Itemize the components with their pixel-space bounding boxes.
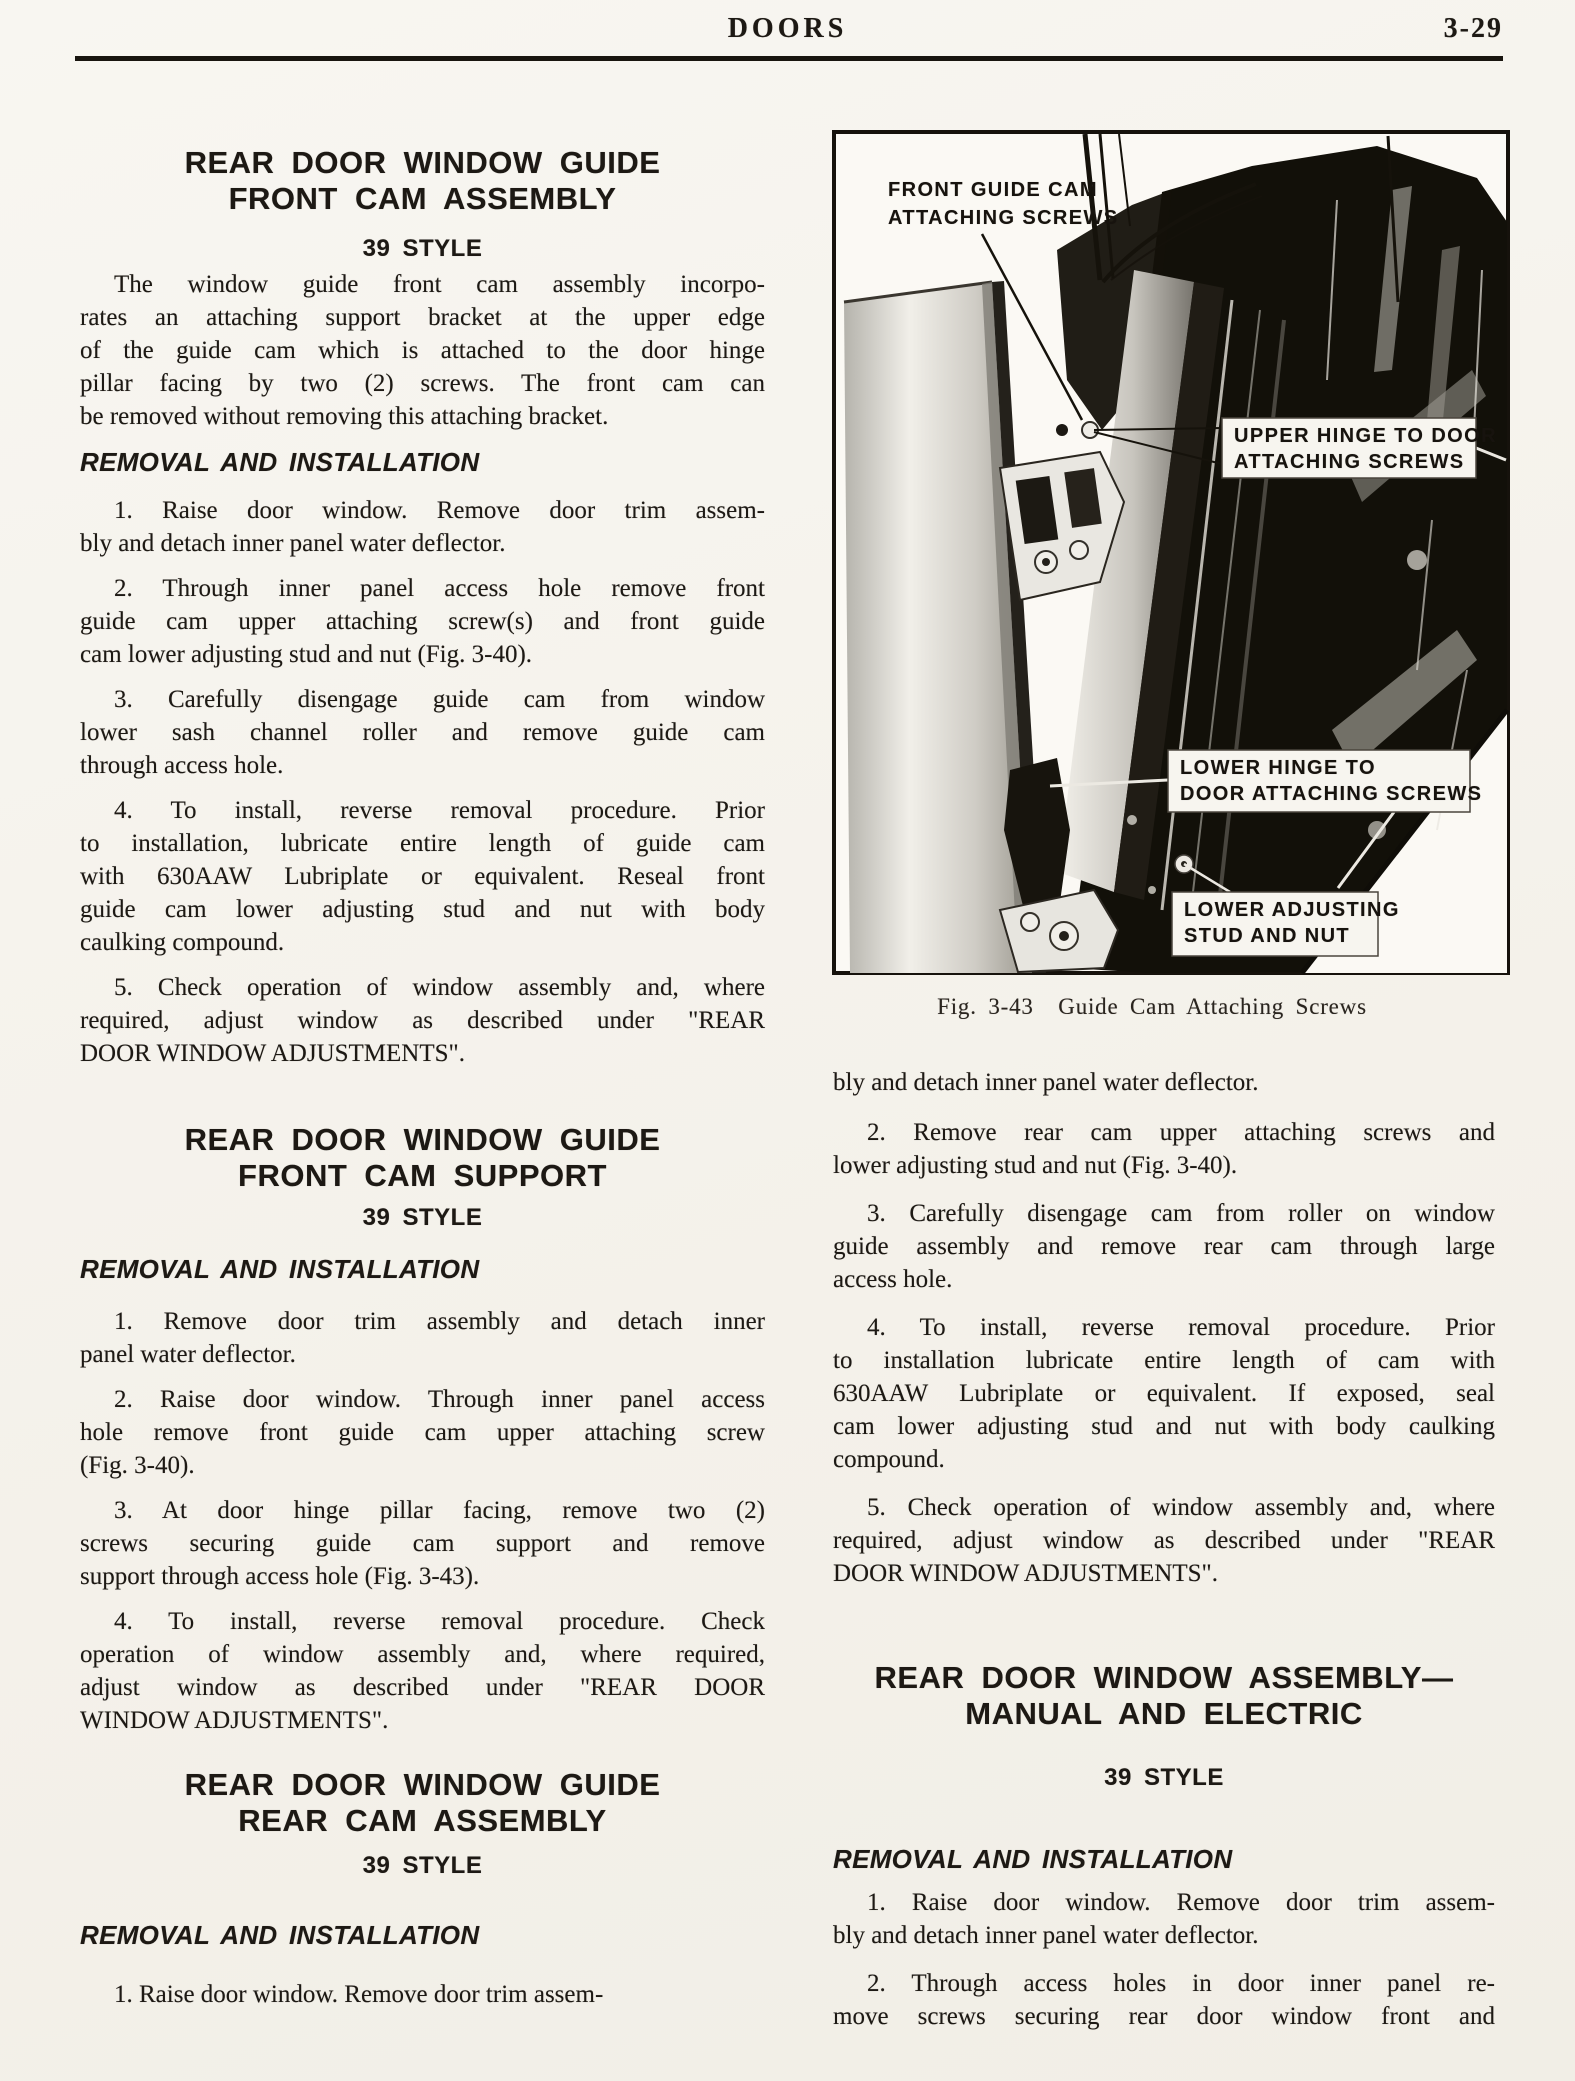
lower-hinge-label-line2: DOOR ATTACHING SCREWS bbox=[1180, 783, 1482, 805]
page-number: 3-29 bbox=[1444, 13, 1503, 45]
procedure-step: 1. Raise door window. Remove door trim a… bbox=[833, 1886, 1495, 1952]
style-subheading: 39 STYLE bbox=[80, 236, 765, 262]
procedure-step: 3. Carefully disengage cam from roller o… bbox=[833, 1197, 1495, 1296]
figure-photo: FRONT GUIDE CAM ATTACHING SCREWS UPPER H… bbox=[832, 130, 1510, 975]
style-subheading: 39 STYLE bbox=[833, 1765, 1495, 1791]
right-column: bly and detach inner panel water deflect… bbox=[833, 1066, 1495, 2033]
procedure-step: 1. Raise door window. Remove door trim a… bbox=[80, 1978, 765, 2011]
figure-3-43: FRONT GUIDE CAM ATTACHING SCREWS UPPER H… bbox=[832, 130, 1510, 975]
section-heading-line2: FRONT CAM ASSEMBLY bbox=[80, 181, 765, 217]
figure-caption: Fig. 3-43 Guide Cam Attaching Screws bbox=[832, 994, 1472, 1020]
procedure-step: 3. At door hinge pillar facing, remove t… bbox=[80, 1494, 765, 1593]
section-heading-line2: FRONT CAM SUPPORT bbox=[80, 1158, 765, 1194]
procedure-step: 4. To install, reverse removal procedure… bbox=[80, 794, 765, 959]
section-heading-window-assembly: REAR DOOR WINDOW ASSEMBLY— MANUAL AND EL… bbox=[833, 1660, 1495, 1732]
procedure-step: 2. Through inner panel access hole remov… bbox=[80, 572, 765, 671]
procedure-step: 2. Through access holes in door inner pa… bbox=[833, 1967, 1495, 2033]
procedure-heading: REMOVAL AND INSTALLATION bbox=[80, 1255, 765, 1283]
continuation-paragraph: bly and detach inner panel water deflect… bbox=[833, 1066, 1495, 1099]
upper-hinge-label-line1: UPPER HINGE TO DOOR bbox=[1234, 425, 1497, 447]
procedure-step: 5. Check operation of window assembly an… bbox=[833, 1491, 1495, 1590]
lower-adjusting-label-line1: LOWER ADJUSTING bbox=[1184, 899, 1400, 921]
style-subheading: 39 STYLE bbox=[80, 1853, 765, 1879]
style-subheading: 39 STYLE bbox=[80, 1205, 765, 1231]
section-heading-rear-cam-assembly: REAR DOOR WINDOW GUIDE REAR CAM ASSEMBLY bbox=[80, 1767, 765, 1839]
procedure-step: 2. Remove rear cam upper attaching screw… bbox=[833, 1116, 1495, 1182]
procedure-step: 2. Raise door window. Through inner pane… bbox=[80, 1383, 765, 1482]
intro-paragraph: The window guide front cam assembly inco… bbox=[80, 268, 765, 433]
front-guide-cam-label-line2: ATTACHING SCREWS bbox=[888, 207, 1119, 229]
procedure-step: 1. Raise door window. Remove door trim a… bbox=[80, 494, 765, 560]
upper-hinge-label-line2: ATTACHING SCREWS bbox=[1234, 451, 1465, 473]
page-header-title: DOORS bbox=[0, 13, 1575, 45]
section-heading-front-cam-assembly: REAR DOOR WINDOW GUIDE FRONT CAM ASSEMBL… bbox=[80, 145, 765, 217]
procedure-step: 5. Check operation of window assembly an… bbox=[80, 971, 765, 1070]
lower-hinge-label-line1: LOWER HINGE TO bbox=[1180, 757, 1376, 779]
procedure-heading: REMOVAL AND INSTALLATION bbox=[833, 1845, 1495, 1873]
section-heading-front-cam-support: REAR DOOR WINDOW GUIDE FRONT CAM SUPPORT bbox=[80, 1122, 765, 1194]
procedure-step: 3. Carefully disengage guide cam from wi… bbox=[80, 683, 765, 782]
header-rule bbox=[75, 56, 1503, 61]
front-guide-cam-label-line1: FRONT GUIDE CAM bbox=[888, 179, 1098, 201]
section-heading-line1: REAR DOOR WINDOW ASSEMBLY— bbox=[833, 1660, 1495, 1696]
section-heading-line1: REAR DOOR WINDOW GUIDE bbox=[80, 1767, 765, 1803]
section-heading-line2: REAR CAM ASSEMBLY bbox=[80, 1803, 765, 1839]
manual-page: DOORS 3-29 REAR DOOR WINDOW GUIDE FRONT … bbox=[0, 0, 1575, 2081]
section-heading-line1: REAR DOOR WINDOW GUIDE bbox=[80, 1122, 765, 1158]
left-column: REAR DOOR WINDOW GUIDE FRONT CAM ASSEMBL… bbox=[80, 145, 765, 2011]
procedure-step: 4. To install, reverse removal procedure… bbox=[80, 1605, 765, 1737]
procedure-heading: REMOVAL AND INSTALLATION bbox=[80, 1921, 765, 1949]
lower-adjusting-label-line2: STUD AND NUT bbox=[1184, 925, 1350, 947]
section-heading-line2: MANUAL AND ELECTRIC bbox=[833, 1696, 1495, 1732]
procedure-step: 4. To install, reverse removal procedure… bbox=[833, 1311, 1495, 1476]
procedure-heading: REMOVAL AND INSTALLATION bbox=[80, 448, 765, 476]
section-heading-line1: REAR DOOR WINDOW GUIDE bbox=[80, 145, 765, 181]
procedure-step: 1. Remove door trim assembly and detach … bbox=[80, 1305, 765, 1371]
